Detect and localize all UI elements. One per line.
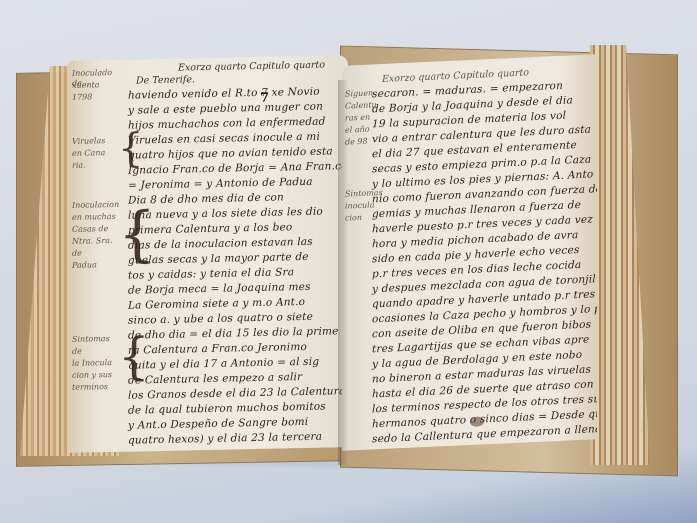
right-page: Exorzo quarto Capitulo quarto SiguenCale…: [342, 54, 597, 451]
handwritten-line: = Jeronima = y Antonio de Padua: [128, 176, 313, 192]
handwritten-line: dias de la inoculacion estavan las: [128, 236, 313, 252]
manuscript-photo: Exorzo quarto Capitulo quarto De Tenerif…: [0, 0, 697, 523]
margin-note: 1798: [72, 92, 92, 102]
margin-note: ria.: [72, 161, 86, 171]
book-gutter: [338, 80, 348, 465]
margin-note: inocula: [345, 200, 375, 211]
margin-note: de: [72, 249, 82, 259]
margin-note: xuenta: [72, 80, 100, 91]
margin-note: ras en: [345, 113, 370, 124]
margin-note: Casas de: [72, 224, 108, 235]
margin-note: Ntra. Sra.: [72, 236, 113, 247]
handwritten-line: guelas secas y la mayor parte de: [128, 251, 309, 267]
handwritten-line: los Granos desde el dia 23 la Calentura: [128, 385, 345, 402]
margin-note: Siguen: [345, 88, 373, 99]
margin-note: en Cana: [72, 148, 105, 159]
handwritten-line: sinco a. y ube a los quatro o siete: [128, 311, 313, 327]
margin-note: Padua: [72, 260, 97, 271]
margin-note: de 98: [345, 137, 368, 148]
handwritten-line: Viruelas en casi secas inocule a mi: [128, 131, 320, 147]
left-page-subheader: De Tenerife.: [136, 74, 195, 86]
handwritten-line: de Calentura les empezo a salir: [128, 371, 302, 387]
handwritten-line: quatro hijos que no avian tenido esta: [128, 145, 333, 161]
handwritten-line: de la qual tubieron muchos bomitos: [128, 401, 326, 417]
handwritten-line: hijos muchachos con la enfermedad: [128, 116, 326, 132]
handwritten-line: primera Calentura y a los beo: [128, 221, 292, 236]
handwritten-line: y Ant.o Despeño de Sangre bomi: [128, 416, 308, 432]
margin-note: la Inocula: [72, 358, 112, 369]
left-page-header: Exorzo quarto Capitulo quarto: [178, 60, 325, 74]
margin-note: en muchas: [72, 212, 116, 223]
handwritten-line: Dia 8 de dho mes dia de con: [128, 191, 284, 206]
margin-note: el año: [345, 125, 370, 136]
handwritten-line: quita y el dia 17 a Antonio = al sig: [128, 356, 319, 372]
right-page-body: secaron. = maduras. = empezaronde Borja …: [372, 78, 597, 448]
margin-note: Sintomas: [72, 334, 110, 345]
handwritten-line: Ignacio Fran.co de Borja = Ana Fran.ca: [128, 160, 348, 177]
margin-note: de: [72, 347, 82, 357]
handwritten-line: haviendo venido el R.to 7 xe Novio: [128, 86, 320, 102]
margin-note: cion y sus: [72, 370, 112, 381]
handwritten-line: de Borja meca = la Joaquina mes: [128, 281, 311, 297]
left-margin-notes: Inoculado de...xuenta1798Viruelasen Cana…: [72, 60, 124, 453]
handwritten-line: La Geromina siete a y m.o Ant.o: [128, 296, 305, 312]
handwritten-line: luna nueva y a los siete dias les dio: [128, 206, 323, 222]
left-page: Exorzo quarto Capitulo quarto De Tenerif…: [68, 55, 348, 453]
margin-note: Viruelas: [72, 136, 105, 147]
handwritten-line: ra Calentura a Fran.co Jeronimo: [128, 341, 307, 357]
handwritten-line: quatro hexos) y el dia 23 la tercera: [128, 431, 322, 447]
margin-note: terminos: [72, 382, 108, 393]
margin-note: Inoculacion: [72, 200, 119, 211]
handwritten-line: tos y caidas: y tenia el dia Sra: [128, 266, 294, 281]
left-page-body: haviendo venido el R.to 7 xe Novioy sale…: [128, 85, 348, 450]
handwritten-line: de dho dia = el dia 15 les dio la prime: [128, 325, 339, 341]
handwritten-line: y sale a este pueblo una muger con: [128, 101, 323, 117]
